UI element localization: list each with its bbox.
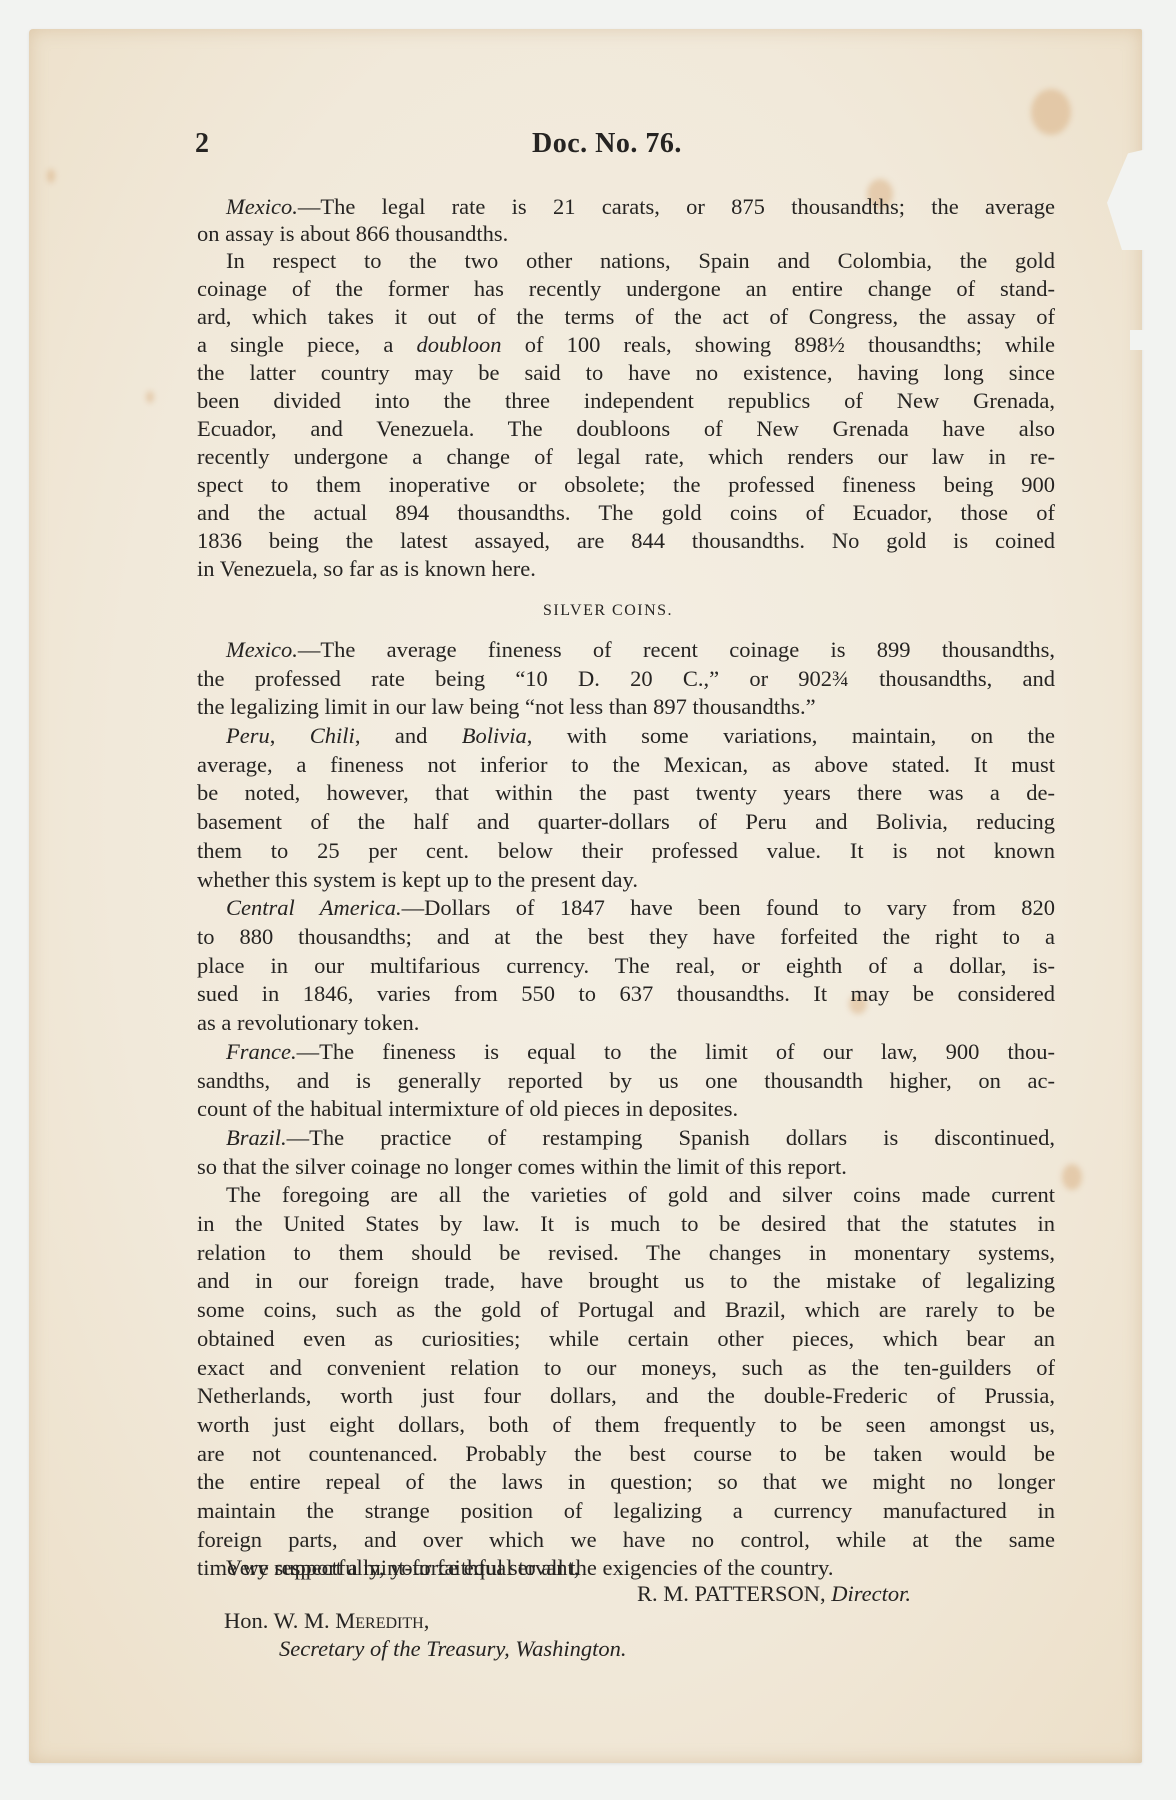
document-title: Doc. No. 76.: [532, 128, 682, 160]
text-line: count of the habitual intermixture of ol…: [197, 1095, 1055, 1123]
text-line: in Venezuela, so far as is known here.: [197, 555, 1055, 583]
text-line: Peru, Chili, and Bolivia, with some vari…: [226, 722, 1055, 750]
page-number: 2: [195, 128, 209, 160]
text-line: maintain the strange position of legaliz…: [197, 1497, 1055, 1525]
text-line: France.—The fineness is equal to the lim…: [226, 1038, 1055, 1066]
text-line: Brazil.—The practice of restamping Spani…: [226, 1124, 1055, 1152]
text-line: to 880 thousandths; and at the best they…: [197, 923, 1055, 951]
text-line: be noted, however, that within the past …: [197, 779, 1055, 807]
text-line: a single piece, a doubloon of 100 reals,…: [197, 331, 1055, 359]
page-tear: [1130, 330, 1160, 350]
text-line: exact and convenient relation to our mon…: [197, 1354, 1055, 1382]
text-line: whether this system is kept up to the pr…: [197, 866, 1055, 894]
text-line: the professed rate being “10 D. 20 C.,” …: [197, 665, 1055, 693]
text-line: recently undergone a change of legal rat…: [197, 443, 1055, 471]
signature: R. M. PATTERSON, Director.: [637, 1580, 911, 1608]
foxing-stain: [1062, 1164, 1082, 1190]
text-line: foreign parts, and over which we have no…: [197, 1526, 1055, 1554]
text-line: sandths, and is generally reported by us…: [197, 1067, 1055, 1095]
text-line: Mexico.—The legal rate is 21 carats, or …: [226, 193, 1055, 221]
text-line: are not countenanced. Probably the best …: [197, 1440, 1055, 1468]
text-line: sued in 1846, varies from 550 to 637 tho…: [197, 980, 1055, 1008]
addressee: Hon. W. M. Meredith,: [224, 1607, 429, 1635]
text-line: and in our foreign trade, have brought u…: [197, 1267, 1055, 1295]
text-line: in the United States by law. It is much …: [197, 1210, 1055, 1238]
text-line: relation to them should be revised. The …: [197, 1239, 1055, 1267]
text-line: so that the silver coinage no longer com…: [197, 1153, 1055, 1181]
addressee-office: Secretary of the Treasury, Washington.: [279, 1635, 627, 1663]
text-line: ard, which takes it out of the terms of …: [197, 303, 1055, 331]
text-line: the legalizing limit in our law being “n…: [197, 693, 1055, 721]
section-heading: SILVER COINS.: [543, 602, 673, 620]
salutation: Very respectfully, your faithful servant…: [226, 1554, 579, 1582]
text-line: place in our multifarious currency. The …: [197, 952, 1055, 980]
text-line: the entire repeal of the laws in questio…: [197, 1468, 1055, 1496]
text-line: Netherlands, worth just four dollars, an…: [197, 1382, 1055, 1410]
foxing-stain: [47, 169, 55, 183]
text-line: them to 25 per cent. below their profess…: [197, 837, 1055, 865]
text-line: The foregoing are all the varieties of g…: [226, 1181, 1055, 1209]
text-line: obtained even as curiosities; while cert…: [197, 1325, 1055, 1353]
text-line: basement of the half and quarter-dollars…: [197, 808, 1055, 836]
text-line: some coins, such as the gold of Portugal…: [197, 1296, 1055, 1324]
text-line: worth just eight dollars, both of them f…: [197, 1411, 1055, 1439]
text-line: on assay is about 866 thousandths.: [197, 220, 1055, 248]
text-line: Ecuador, and Venezuela. The doubloons of…: [197, 415, 1055, 443]
text-line: In respect to the two other nations, Spa…: [226, 247, 1055, 275]
text-line: average, a fineness not inferior to the …: [197, 751, 1055, 779]
foxing-stain: [146, 391, 154, 403]
text-line: spect to them inoperative or obsolete; t…: [197, 471, 1055, 499]
text-line: coinage of the former has recently under…: [197, 275, 1055, 303]
text-line: Mexico.—The average fineness of recent c…: [226, 636, 1055, 664]
text-line: 1836 being the latest assayed, are 844 t…: [197, 527, 1055, 555]
text-line: as a revolutionary token.: [197, 1009, 1055, 1037]
foxing-stain: [1031, 89, 1071, 135]
text-line: and the actual 894 thousandths. The gold…: [197, 499, 1055, 527]
text-line: been divided into the three independent …: [197, 387, 1055, 415]
text-line: the latter country may be said to have n…: [197, 359, 1055, 387]
text-line: Central America.—Dollars of 1847 have be…: [226, 894, 1055, 922]
